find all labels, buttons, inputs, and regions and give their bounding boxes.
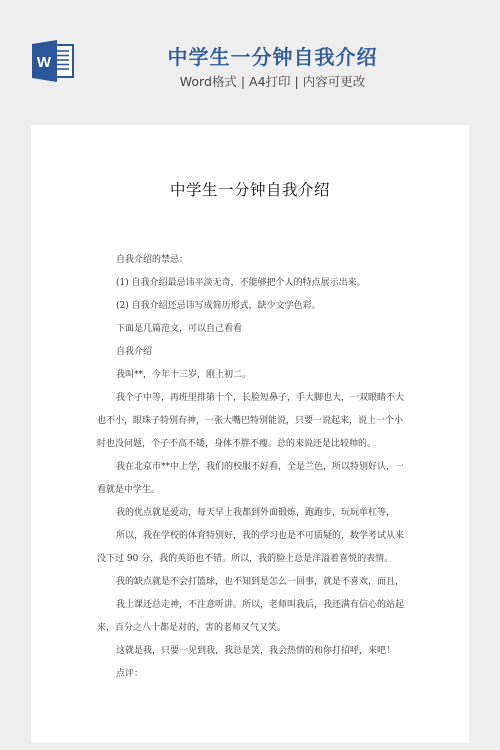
paragraph: 我个子中等，再班里排第十个，长脸短鼻子，手大脚也大，一双眼睛不大也不小，眼珠子特… (97, 387, 407, 456)
paragraph: 这就是我，只要一见到我，我总是笑，我会热情的和你打招呼，来吧！ (97, 640, 407, 663)
svg-text:W: W (37, 54, 52, 71)
paragraph: 自我介绍 (97, 341, 407, 364)
document-body: 自我介绍的禁忌： (1) 自我介绍最忌讳平淡无奇，不能够把个人的特点展示出来。 … (97, 249, 407, 686)
header-subtitle: Word格式 | A4打印 | 内容可更改 (150, 73, 395, 91)
paragraph: 所以，我在学校的体育特别好，我的学习也是不可质疑的，数学考试从来没下过 90 分… (97, 525, 407, 571)
document-title: 中学生一分钟自我介绍 (31, 179, 469, 201)
header-title: 中学生一分钟自我介绍 (150, 44, 395, 70)
paragraph: (1) 自我介绍最忌讳平淡无奇，不能够把个人的特点展示出来。 (97, 272, 407, 295)
paragraph: 点评： (97, 663, 407, 686)
paragraph: 我叫**，今年十三岁，刚上初二。 (97, 364, 407, 387)
paragraph: 下面是几篇范文，可以自己看看 (97, 318, 407, 341)
paragraph: 我上课还总走神，不注意听讲。所以，老师叫我后，我还满有信心的站起来，百分之八十都… (97, 594, 407, 640)
word-icon: W (31, 40, 77, 82)
document-page: 中学生一分钟自我介绍 自我介绍的禁忌： (1) 自我介绍最忌讳平淡无奇，不能够把… (31, 125, 469, 743)
paragraph: 我在北京市**中上学，我们的校服不好看，全是兰色，所以特别好认，一看就是中学生。 (97, 456, 407, 502)
paragraph: 我的缺点就是不会打篮球，也不知到是怎么一回事，就是不喜欢，而且， (97, 571, 407, 594)
paragraph: 我的优点就是爱动，每天早上我都到外面锻炼，跑跑步，玩玩单杠等， (97, 502, 407, 525)
page-header: W 中学生一分钟自我介绍 Word格式 | A4打印 | 内容可更改 (0, 0, 500, 120)
paragraph: 自我介绍的禁忌： (97, 249, 407, 272)
paragraph: (2) 自我介绍还忌讳写成简历形式，缺少文学色彩。 (97, 295, 407, 318)
